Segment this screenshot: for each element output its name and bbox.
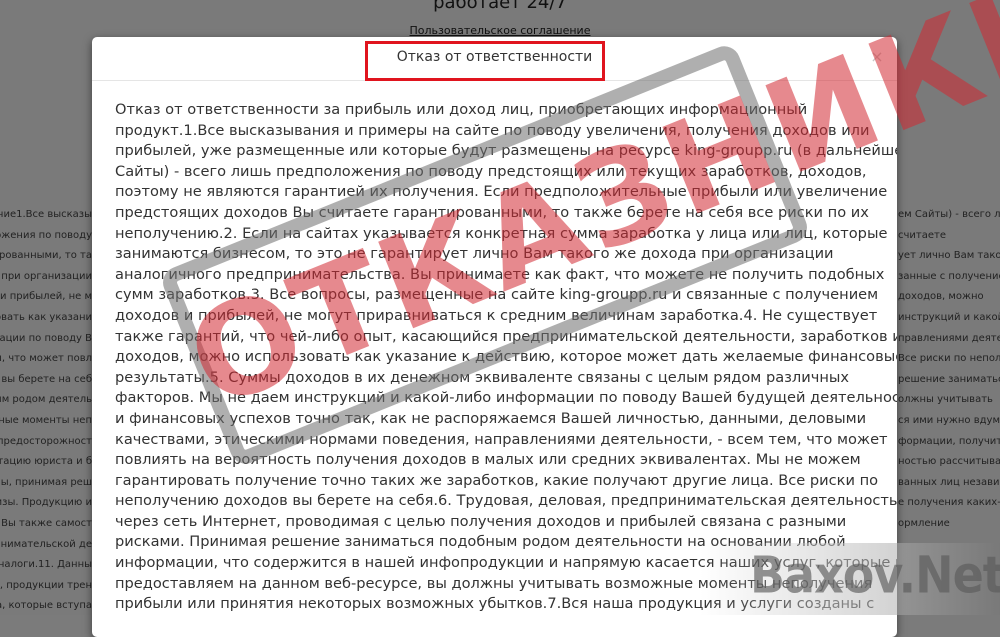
text-line: аналогичного предпринимательства. Вы при… (115, 265, 885, 286)
text-line: неполучению.2. Если на сайтах указываетс… (115, 224, 885, 245)
text-line: поэтому не являются гарантией их получен… (115, 182, 885, 203)
text-line: информации, что содержится в нашей инфоп… (115, 553, 885, 574)
text-line: прибыли или принятия некоторых возможных… (115, 594, 885, 615)
text-line: предоставляем на данном веб-ресурсе, вы … (115, 574, 885, 595)
disclaimer-modal: Отказ от ответственности × Отказ от отве… (92, 37, 897, 615)
text-line: предстоящих доходов Вы считаете гарантир… (115, 203, 885, 224)
text-line: прибылей, уже размещенные или которые бу… (115, 141, 885, 162)
text-line: также гарантий, что чей-либо опыт, касаю… (115, 327, 885, 348)
text-line: Сайты) - всего лишь предположения по пов… (115, 162, 885, 183)
text-line: гарантировать получение точно таких же з… (115, 471, 885, 492)
modal-header: Отказ от ответственности × (92, 37, 897, 81)
modal-body-text: Отказ от ответственности за прибыль или … (115, 100, 885, 615)
text-line: Отказ от ответственности за прибыль или … (115, 100, 885, 121)
title-highlight-box (365, 41, 605, 81)
close-icon[interactable]: × (867, 47, 887, 67)
text-line: рисками. Принимая решение заниматься под… (115, 532, 885, 553)
text-line: повлиять на вероятность получения доходо… (115, 450, 885, 471)
text-line: факторов. Мы не даем инструкций и какой-… (115, 388, 885, 409)
text-line: неполучению доходов вы берете на себя.6.… (115, 491, 885, 512)
text-line: качествами, этическими нормами поведения… (115, 430, 885, 451)
text-line: сумм заработков.3. Все вопросы, размещен… (115, 285, 885, 306)
text-line: и финансовых успехов точно так, как не р… (115, 409, 885, 430)
text-line: доходов и прибылей, не могут приравниват… (115, 306, 885, 327)
text-line: результаты.5. Суммы доходов в их денежно… (115, 368, 885, 389)
text-line: через сеть Интернет, проводимая с целью … (115, 512, 885, 533)
text-line: занимаются бизнесом, то это не гарантиру… (115, 244, 885, 265)
text-line: доходов, можно использовать как указание… (115, 347, 885, 368)
text-line: продукт.1.Все высказывания и примеры на … (115, 121, 885, 142)
